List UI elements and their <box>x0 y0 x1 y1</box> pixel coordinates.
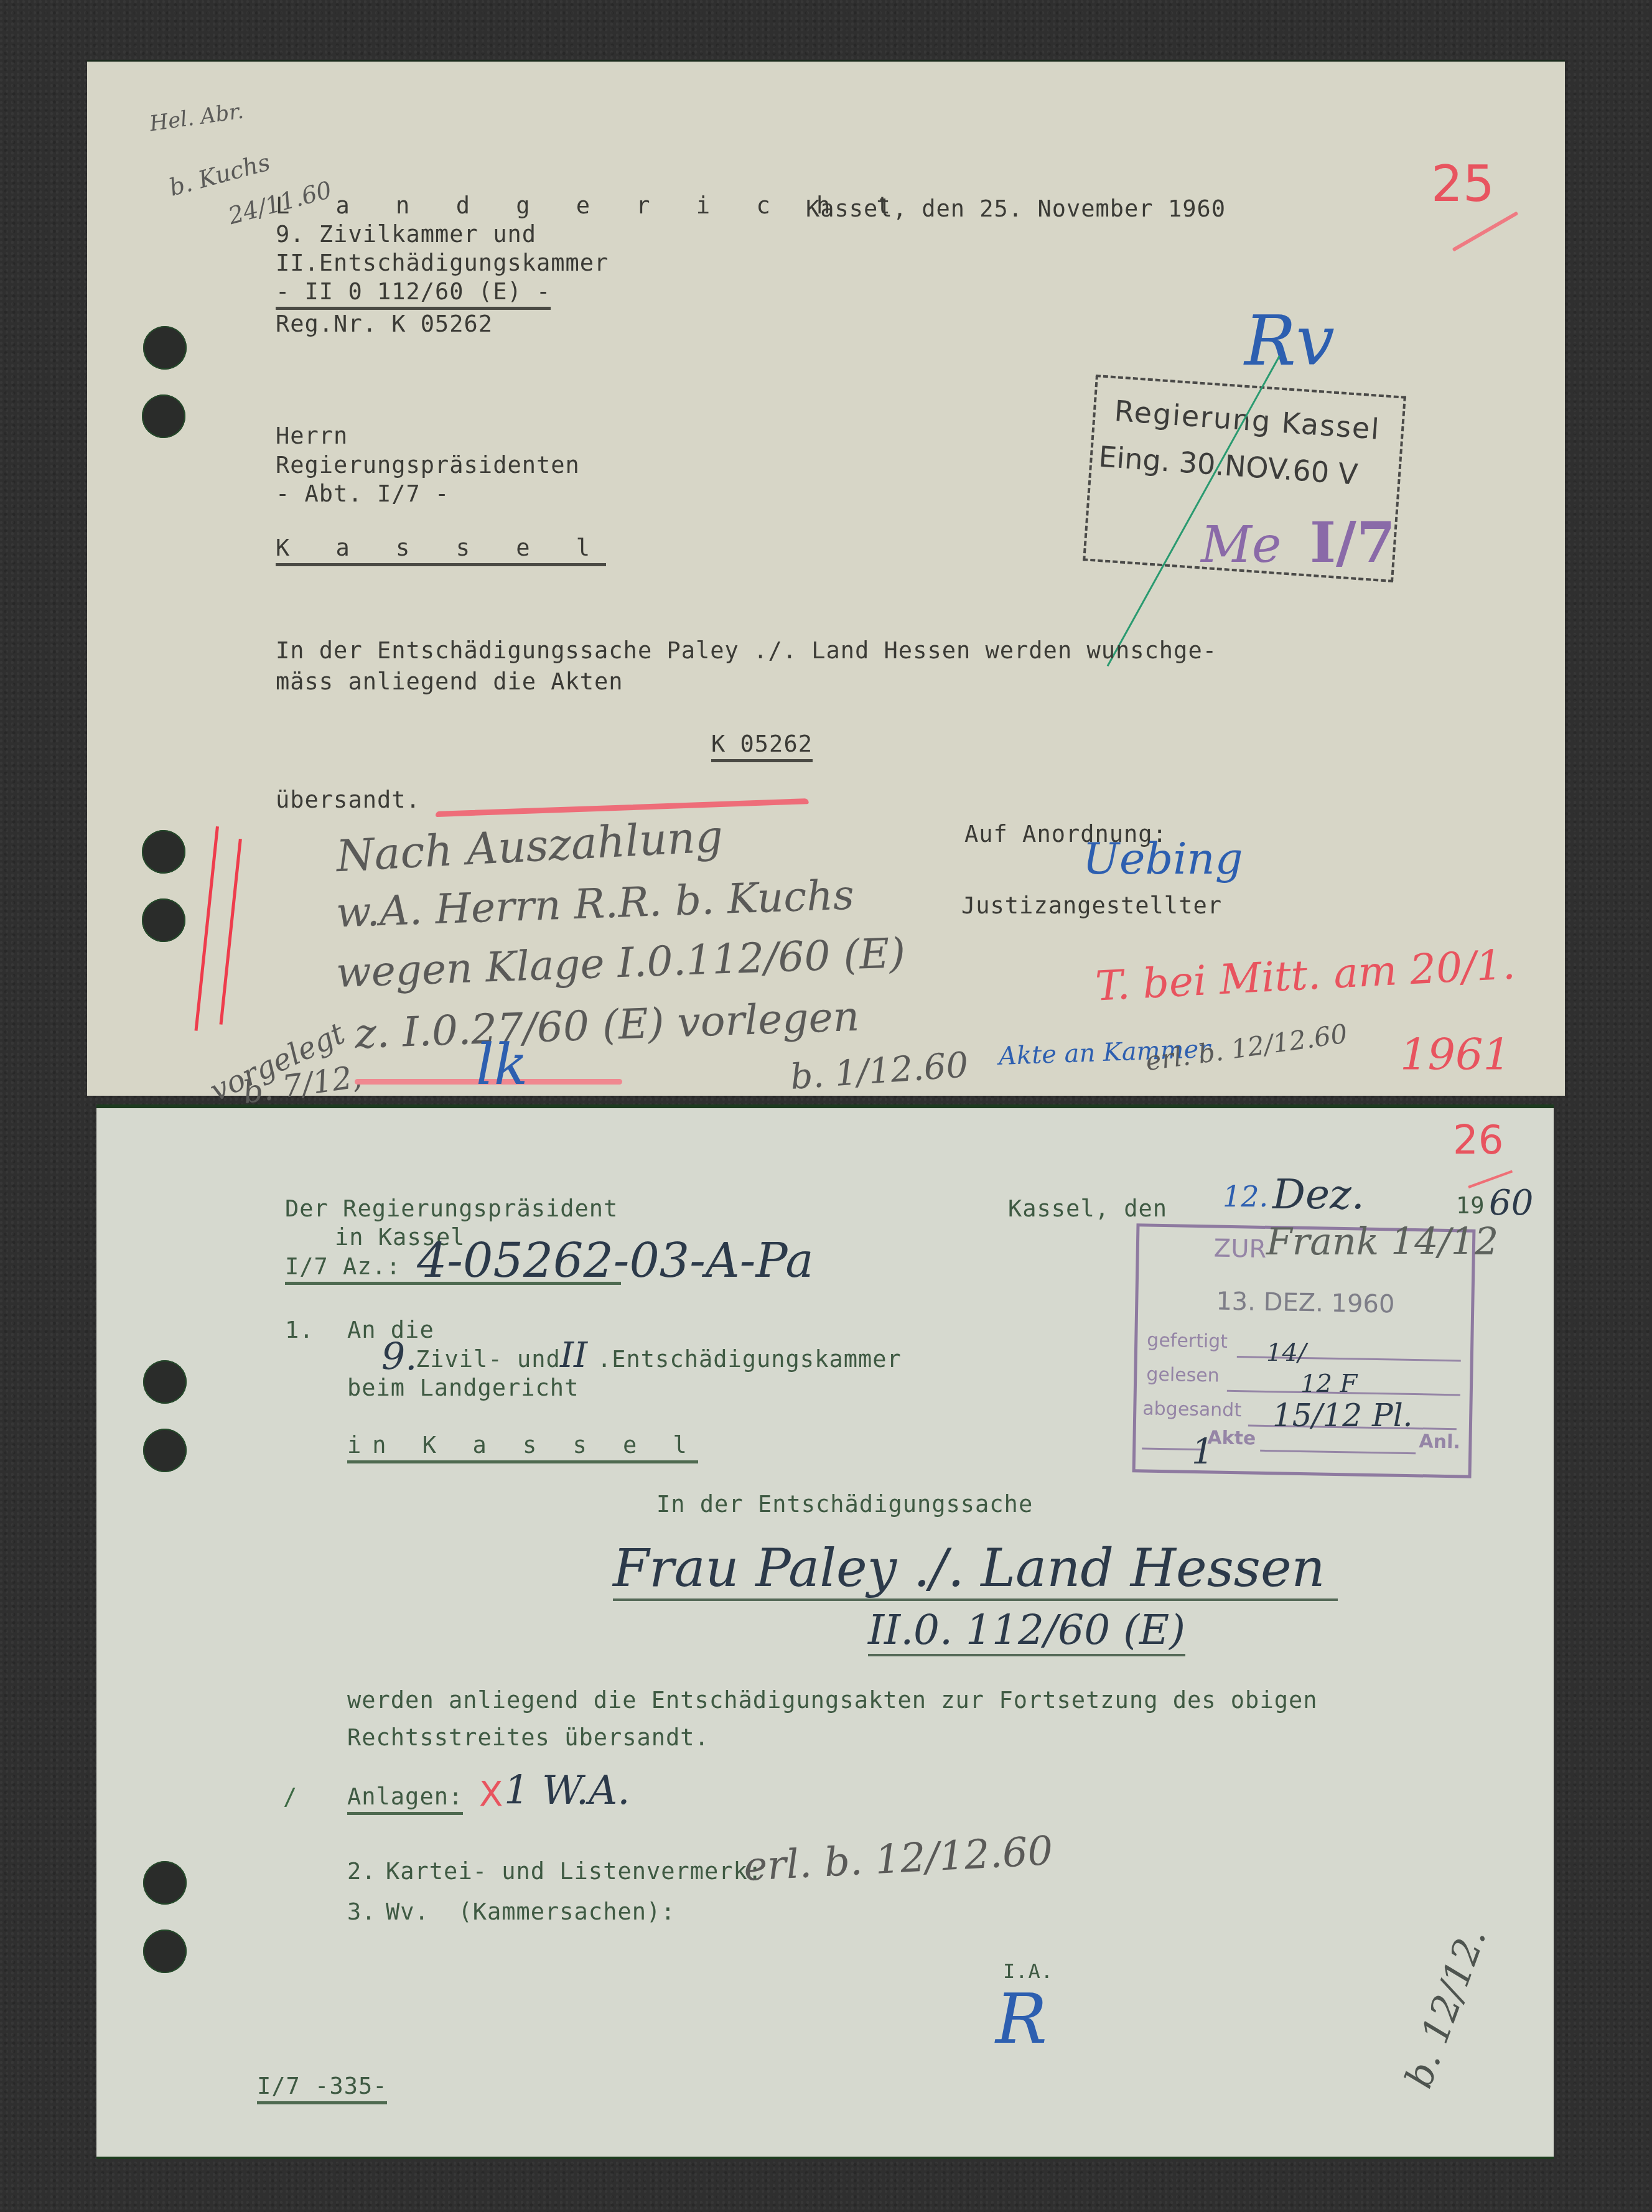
punch-hole <box>142 830 185 874</box>
violet-initials: Me <box>1201 516 1281 574</box>
letter-regierungspraesident: Der Regierungspräsident in Kassel I/7 Az… <box>96 1104 1554 2159</box>
signature-role: Justizangestellter <box>961 892 1222 920</box>
case-number: II.0. 112/60 (E) <box>868 1606 1185 1656</box>
item-number: 3. <box>347 1898 376 1926</box>
item1-chamber: .Entschädigungskammer <box>597 1346 902 1373</box>
stamp-akte-count: 1 <box>1192 1432 1214 1472</box>
item1-court: beim Landgericht <box>347 1374 579 1402</box>
item1-chamber: Zivil- und <box>416 1346 561 1373</box>
pencil-note: z. I.0.27/60 (E) vorlegen <box>354 992 860 1058</box>
sender-chamber: 9. Zivilkammer und <box>276 221 536 248</box>
item-number: 2. <box>347 1858 376 1885</box>
pencil-note: Hel. Abr. <box>148 99 245 137</box>
footer-code: I/7 -335- <box>257 2073 387 2104</box>
violet-section: I/7 <box>1310 510 1396 576</box>
red-margin-line <box>220 839 242 1025</box>
signature-initials: R <box>996 1979 1047 2059</box>
body-text: werden anliegend die Entschädigungsakten… <box>347 1687 1317 1714</box>
date-year-handwritten: 60 <box>1489 1183 1533 1223</box>
margin-note: b. 12/12. <box>1397 1922 1495 2094</box>
stamp-row-value: 14/ <box>1266 1338 1306 1367</box>
case-number: - II 0 112/60 (E) - <box>276 278 551 310</box>
recipient-department: - Abt. I/7 - <box>276 480 449 508</box>
red-note: T. bei Mitt. am 20/1. <box>1094 940 1516 1010</box>
az-value: 4-05262-03-A-Pa <box>417 1233 813 1288</box>
blue-initials: Rv <box>1244 301 1335 381</box>
red-margin-line <box>195 826 219 1031</box>
sender-chamber: II.Entschädigungskammer <box>276 250 609 277</box>
pencil-note: b. Kuchs <box>166 148 273 201</box>
stamp-row-value: 12 F <box>1300 1370 1357 1398</box>
stamp-date: 13. DEZ. 1960 <box>1216 1287 1395 1319</box>
signature: Uebing <box>1083 833 1243 884</box>
pencil-note: w.A. Herrn R.R. b. Kuchs <box>335 870 855 936</box>
red-x-mark: X <box>479 1774 503 1814</box>
stamp-row-label: abgesandt <box>1142 1398 1241 1421</box>
stamp-row-label: gelesen <box>1146 1364 1220 1387</box>
date-line: Kassel, den 25. November 1960 <box>806 195 1226 223</box>
item3-label: Wv. (Kammersachen): <box>386 1898 676 1926</box>
red-underline-mark <box>436 798 809 817</box>
item1-city: in K a s s e l <box>347 1432 698 1463</box>
body-text: In der Entschädigungssache Paley ./. Lan… <box>276 637 1217 665</box>
check-mark: / <box>283 1783 297 1811</box>
attachments-label: Anlagen: <box>347 1783 463 1815</box>
case-intro: In der Entschädigungssache <box>656 1491 1033 1518</box>
recipient-salutation: Herrn <box>276 422 348 450</box>
stamp-header: ZUR <box>1213 1234 1266 1263</box>
folio-number: 26 <box>1453 1118 1503 1164</box>
chamber-number-handwritten: 9. <box>381 1335 417 1379</box>
case-parties: Frau Paley ./. Land Hessen <box>613 1538 1338 1601</box>
punch-hole <box>142 898 185 942</box>
body-text: Rechtsstreites übersandt. <box>347 1724 709 1752</box>
item-number: 1. <box>285 1317 314 1344</box>
recipient-city: K a s s e l <box>276 534 606 566</box>
body-text: mäss anliegend die Akten <box>276 668 623 696</box>
item2-label: Kartei- und Listenvermerk: <box>386 1858 762 1885</box>
registration-number: Reg.Nr. K 05262 <box>276 310 493 338</box>
punch-hole <box>143 1930 187 1973</box>
body-closing: übersandt. <box>276 786 421 814</box>
letter-landgericht: Hel. Abr. b. Kuchs 24/11.60 L a n d g e … <box>87 60 1565 1096</box>
folio-number: 25 <box>1431 155 1495 213</box>
sender-authority: Der Regierungspräsident <box>285 1195 618 1223</box>
date-prefix: Kassel, den <box>1008 1195 1167 1223</box>
date-day: 12. <box>1223 1180 1268 1213</box>
red-note: 1961 <box>1400 1029 1511 1080</box>
punch-hole <box>143 326 187 370</box>
pencil-note: b. 1/12.60 <box>789 1045 969 1098</box>
stamp-row-label: gefertigt <box>1147 1330 1228 1353</box>
punch-hole <box>143 1861 187 1905</box>
pencil-note: Nach Auszahlung <box>335 811 724 882</box>
stamp-authority: Regierung Kassel <box>1113 394 1381 446</box>
pencil-note: wegen Klage I.0.112/60 (E) <box>335 929 906 997</box>
blue-initials: lk <box>476 1032 528 1098</box>
recipient-title: Regierungspräsidenten <box>276 452 580 479</box>
date-month: Dez. <box>1272 1170 1365 1218</box>
punch-hole <box>143 1429 187 1472</box>
stamp-row-line <box>1260 1450 1416 1454</box>
stamp-akte-label: Akte <box>1207 1427 1256 1449</box>
date-year-printed: 19 <box>1456 1192 1485 1220</box>
stamp-row-value: 15/12 Pl. <box>1272 1398 1413 1434</box>
file-reference: K 05262 <box>711 730 813 762</box>
red-slash-mark <box>1452 211 1519 251</box>
stamp-anl-label: Anl. <box>1419 1430 1460 1453</box>
item2-value: erl. b. 12/12.60 <box>742 1828 1054 1890</box>
attachments-value: 1 W.A. <box>504 1768 630 1814</box>
chamber-number-handwritten: II <box>560 1335 587 1376</box>
stamp-overwrite: Frank 14/12 <box>1266 1220 1498 1264</box>
punch-hole <box>142 394 185 438</box>
pencil-note: erl. b. 12/12.60 <box>1144 1019 1349 1077</box>
punch-hole <box>143 1360 187 1404</box>
